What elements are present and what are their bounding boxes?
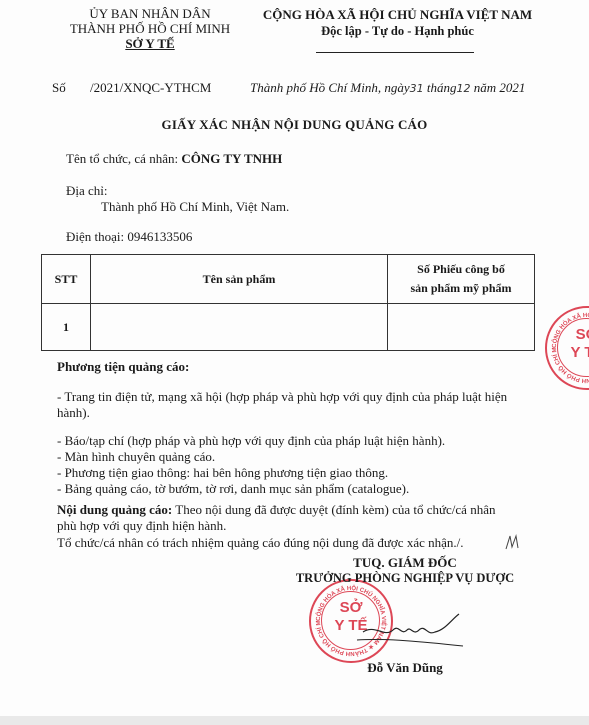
column-header-product-name: Tên sản phẩm [91,255,388,304]
date-year: năm 2021 [474,80,526,95]
edge-stamp-center-line-2: Y TẾ [547,344,589,361]
doc-number-label: Số [52,80,66,96]
national-motto: Độc lập - Tự do - Hạnh phúc [250,23,545,39]
organization-value: CÔNG TY TNHH [181,151,282,166]
cell-stt: 1 [42,304,91,351]
organization-field: Tên tổ chức, cá nhân: CÔNG TY TNHH [66,151,282,167]
media-item: - Phương tiện giao thông: hai bên hông p… [57,465,537,481]
national-motto-block: CỘNG HÒA XÃ HỘI CHỦ NGHĨA VIỆT NAM Độc l… [250,7,545,39]
table-header-row: STT Tên sản phẩm Số Phiếu công bố sản ph… [42,255,535,304]
column-header-receipt-number: Số Phiếu công bố sản phẩm mỹ phẩm [388,255,535,304]
media-item: - Bảng quảng cáo, tờ bướm, tờ rơi, danh … [57,481,537,497]
media-item: - Báo/tạp chí (hợp pháp và phù hợp với q… [57,433,537,449]
media-item: - Màn hình chuyên quảng cáo. [57,449,537,465]
phone-label: Điện thoại: [66,229,124,244]
table-row: 1 [42,304,535,351]
issuer-department: SỞ Y TẾ [40,36,260,51]
issuer-line-1: ỦY BAN NHÂN DÂN [40,6,260,21]
place-date-prefix: Thành phố Hồ Chí Minh, ngày [250,80,410,95]
signature-title-1: TUQ. GIÁM ĐỐC [300,555,510,571]
date-month: 12 [457,82,471,95]
cell-receipt-number [388,304,535,351]
address-label: Địa chỉ: [66,183,108,199]
place-date: Thành phố Hồ Chí Minh, ngày31 tháng12 nă… [250,80,525,96]
initials-mark-icon [503,533,523,551]
phone-value: 0946133506 [127,229,192,244]
issuer-block: ỦY BAN NHÂN DÂN THÀNH PHỐ HỒ CHÍ MINH SỞ… [40,6,260,51]
address-value: Thành phố Hồ Chí Minh, Việt Nam. [101,199,289,215]
motto-underline [316,52,474,53]
organization-label: Tên tổ chức, cá nhân: [66,151,178,166]
media-heading: Phương tiện quảng cáo: [57,359,189,375]
page-edge-stamp: CỘNG HÒA XÃ HỘI CHỦ NGHĨA VIỆT NAM ★ THÀ… [545,306,589,390]
cell-product-name [91,304,388,351]
handwritten-signature-icon [355,608,465,653]
signer-name: Đỗ Văn Dũng [300,660,510,676]
column-header-stt: STT [42,255,91,304]
issuer-line-2: THÀNH PHỐ HỒ CHÍ MINH [40,21,260,36]
document-title: GIẤY XÁC NHẬN NỘI DUNG QUẢNG CÁO [0,117,589,133]
date-month-label: tháng [427,80,457,95]
content-label: Nội dung quảng cáo: [57,502,172,517]
national-name: CỘNG HÒA XÃ HỘI CHỦ NGHĨA VIỆT NAM [250,7,545,23]
page-bottom-edge [0,716,589,725]
media-item: - Trang tin điện tử, mạng xã hội (hợp ph… [57,389,537,421]
edge-stamp-center-line-1: SỞ [547,326,589,343]
advertising-content: Nội dung quảng cáo: Theo nội dung đã đượ… [57,502,497,534]
doc-number: /2021/XNQC-YTHCM [90,80,211,96]
date-day: 31 [410,82,424,95]
column-header-receipt-line-2: sản phẩm mỹ phẩm [389,279,533,298]
responsibility-statement: Tổ chức/cá nhân có trách nhiệm quảng cáo… [57,535,464,551]
column-header-receipt-line-1: Số Phiếu công bố [389,260,533,279]
product-table: STT Tên sản phẩm Số Phiếu công bố sản ph… [41,254,535,351]
signature-title-2: TRƯỞNG PHÒNG NGHIỆP VỤ DƯỢC [290,571,520,586]
phone-field: Điện thoại: 0946133506 [66,229,192,245]
